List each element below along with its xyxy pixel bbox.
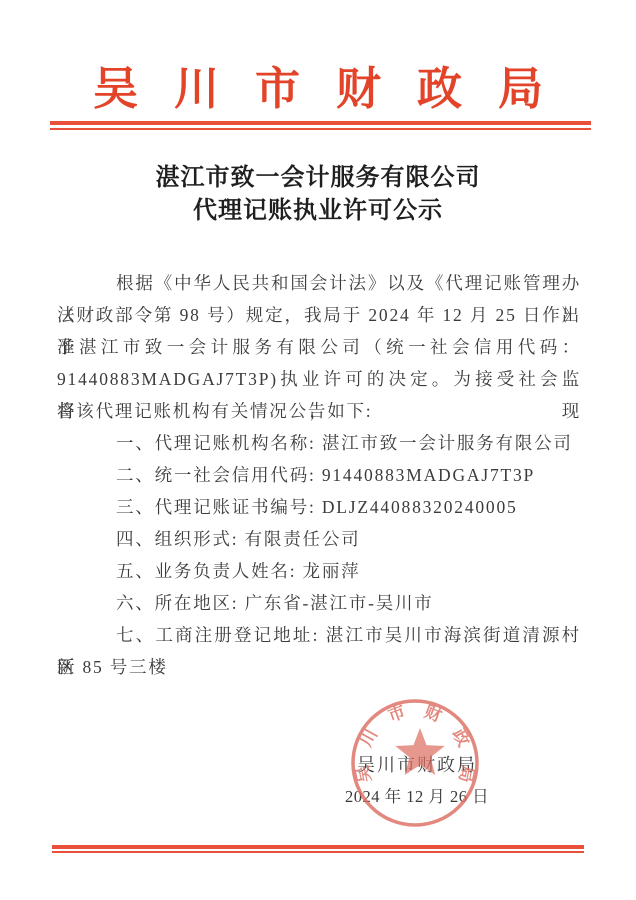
list-item: 五、业务负责人姓名: 龙丽萍 [57,555,581,587]
body-line: 根据《中华人民共和国会计法》以及《代理记账管理办法》 [57,267,581,299]
header-double-rule [50,121,591,130]
list-item: 区 85 号三楼 [57,651,581,683]
signature-date: 2024 年 12 月 26 日 [317,781,517,812]
list-item: 一、代理记账机构名称: 湛江市致一会计服务有限公司 [57,427,581,459]
document-page: 吴川市财政局 湛江市致一会计服务有限公司 代理记账执业许可公示 根据《中华人民共… [0,0,636,900]
list-item: 六、所在地区: 广东省-湛江市-吴川市 [57,587,581,619]
body-line: 91440883MADGAJ7T3P)执业许可的决定。为接受社会监督，现 [57,363,581,395]
doc-body: 根据《中华人民共和国会计法》以及《代理记账管理办法》 （财政部令第 98 号）规… [57,267,581,683]
signature-block: 吴川市财政局 2024 年 12 月 26 日 [317,750,517,812]
footer-rule [52,845,584,853]
list-item: 七、工商注册登记地址: 湛江市吴川市海滨街道清源村新 [57,619,581,651]
list-item: 四、组织形式: 有限责任公司 [57,523,581,555]
doc-title-line1: 湛江市致一会计服务有限公司 [0,163,636,193]
body-line: 予湛江市致一会计服务有限公司（统一社会信用代码： [57,331,581,363]
doc-title-line2: 代理记账执业许可公示 [0,196,636,226]
body-line: （财政部令第 98 号）规定，我局于 2024 年 12 月 25 日作出准 [57,299,581,331]
agency-letterhead-title: 吴川市财政局 [0,62,636,116]
list-item: 二、统一社会信用代码: 91440883MADGAJ7T3P [57,459,581,491]
list-item: 三、代理记账证书编号: DLJZ44088320240005 [57,491,581,523]
signature-agency-name: 吴川市财政局 [317,750,517,781]
